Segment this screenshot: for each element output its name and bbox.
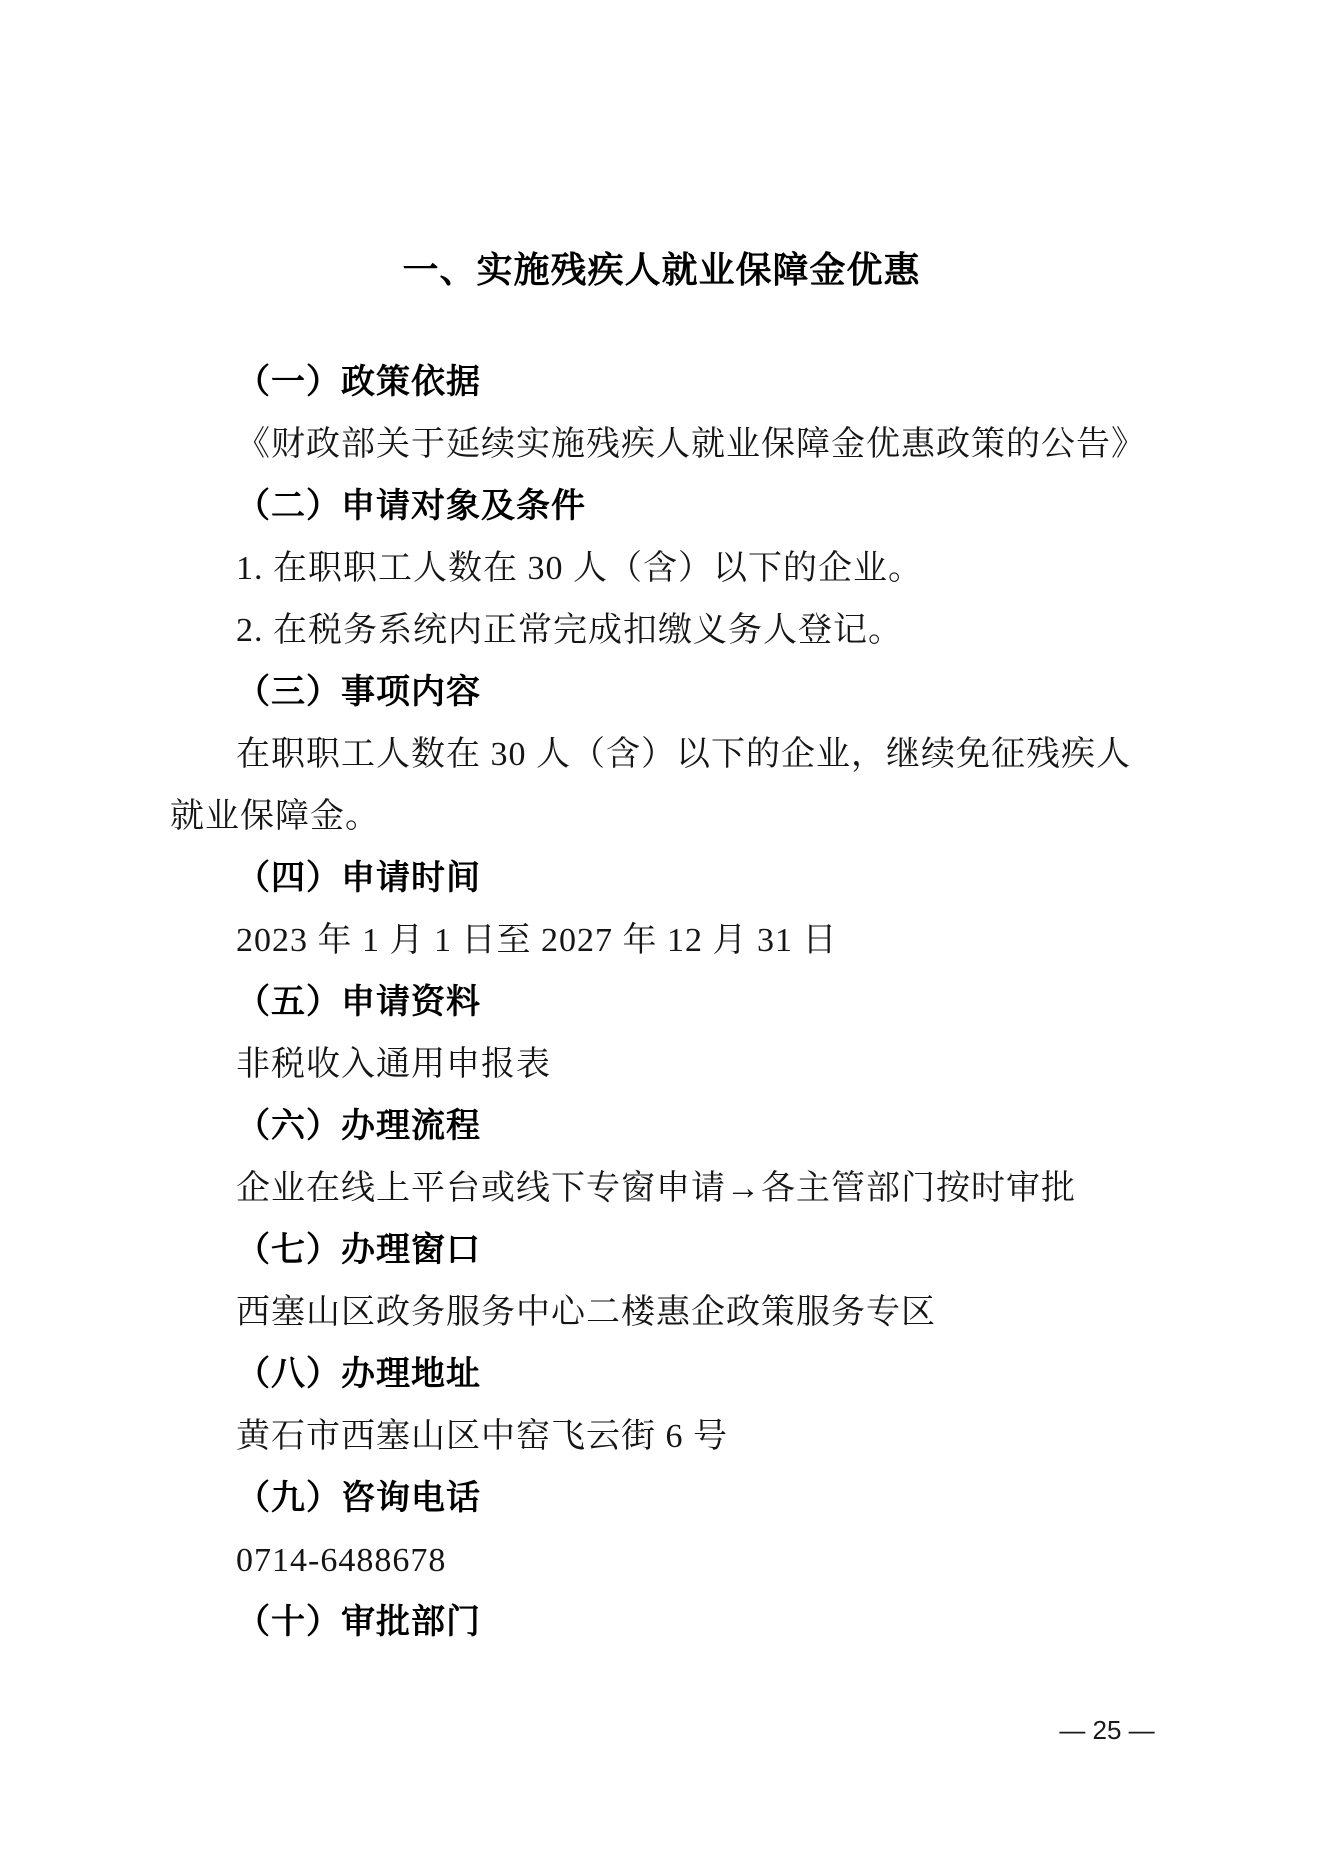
section-8-heading: （八）办理地址 bbox=[170, 1344, 1155, 1406]
document-title: 一、实施残疾人就业保障金优惠 bbox=[0, 239, 1323, 301]
document-body: （一）政策依据 《财政部关于延续实施残疾人就业保障金优惠政策的公告》 （二）申请… bbox=[170, 352, 1155, 1654]
section-3-heading: （三）事项内容 bbox=[170, 662, 1155, 724]
section-3-paragraph-line-2: 就业保障金。 bbox=[170, 786, 1155, 848]
section-9-heading: （九）咨询电话 bbox=[170, 1468, 1155, 1530]
section-8-paragraph: 黄石市西塞山区中窑飞云街 6 号 bbox=[170, 1406, 1155, 1468]
section-4-heading: （四）申请时间 bbox=[170, 848, 1155, 910]
section-6-paragraph: 企业在线上平台或线下专窗申请→各主管部门按时审批 bbox=[170, 1158, 1155, 1220]
document-page: 一、实施残疾人就业保障金优惠 （一）政策依据 《财政部关于延续实施残疾人就业保障… bbox=[0, 0, 1323, 1871]
section-6-heading: （六）办理流程 bbox=[170, 1096, 1155, 1158]
section-2-item-1: 1. 在职职工人数在 30 人（含）以下的企业。 bbox=[170, 538, 1155, 600]
section-9-paragraph: 0714-6488678 bbox=[170, 1530, 1155, 1592]
section-10-heading: （十）审批部门 bbox=[170, 1592, 1155, 1654]
section-2-item-2: 2. 在税务系统内正常完成扣缴义务人登记。 bbox=[170, 600, 1155, 662]
page-number: — 25 — bbox=[1042, 1712, 1172, 1748]
section-1-paragraph: 《财政部关于延续实施残疾人就业保障金优惠政策的公告》 bbox=[170, 414, 1155, 476]
section-2-heading: （二）申请对象及条件 bbox=[170, 476, 1155, 538]
section-4-paragraph: 2023 年 1 月 1 日至 2027 年 12 月 31 日 bbox=[170, 910, 1155, 972]
section-5-paragraph: 非税收入通用申报表 bbox=[170, 1034, 1155, 1096]
section-7-heading: （七）办理窗口 bbox=[170, 1220, 1155, 1282]
section-3-paragraph-line-1: 在职职工人数在 30 人（含）以下的企业，继续免征残疾人 bbox=[170, 724, 1155, 786]
section-5-heading: （五）申请资料 bbox=[170, 972, 1155, 1034]
section-7-paragraph: 西塞山区政务服务中心二楼惠企政策服务专区 bbox=[170, 1282, 1155, 1344]
section-1-heading: （一）政策依据 bbox=[170, 352, 1155, 414]
